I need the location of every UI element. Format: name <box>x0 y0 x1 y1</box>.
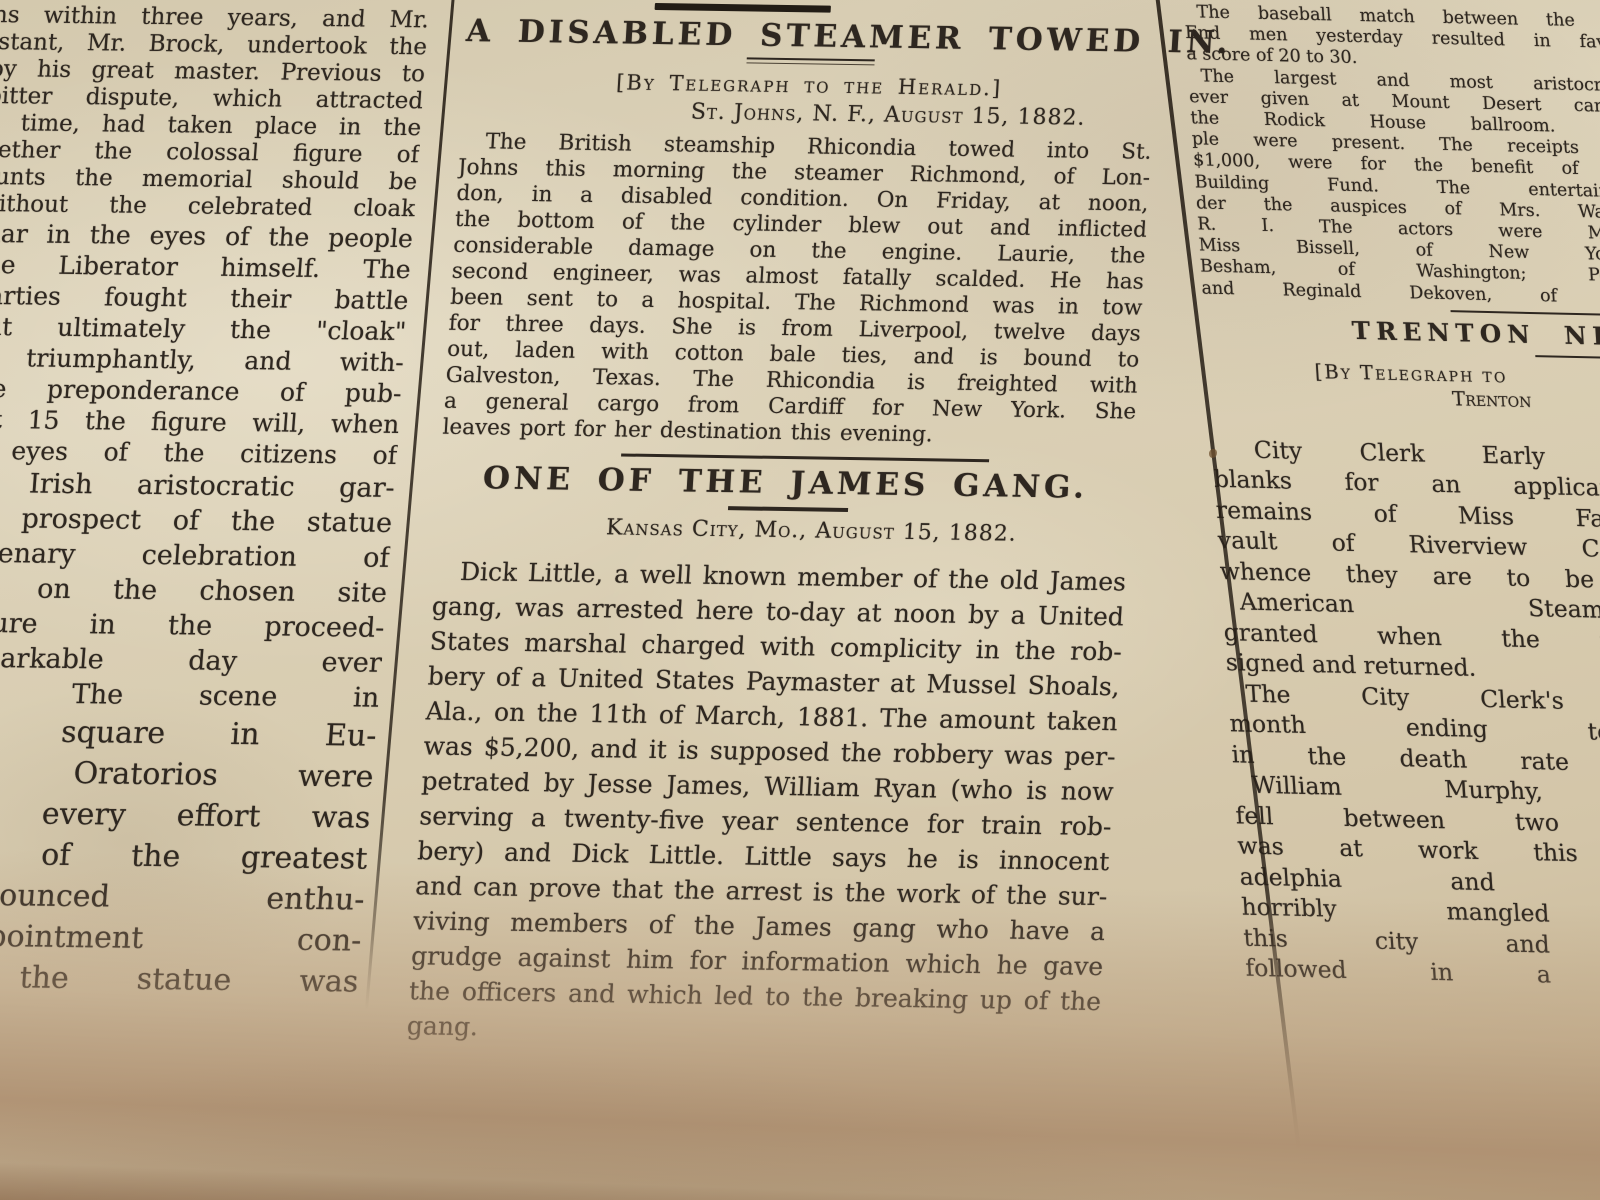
news-brevities-text: The baseball match between the BEnd men … <box>1183 2 1600 309</box>
left-article-text: ns within three years, and Mr.istant, Mr… <box>0 2 430 1003</box>
article-line: parties fought their battle <box>0 280 410 316</box>
trenton-underline-rule <box>1535 355 1600 359</box>
article-line: ble. Oratorios were <box>0 751 375 797</box>
article-line: city square in Eu- <box>0 710 378 756</box>
james-gang-dateline: Kansas City, Mo., August 15, 1882. <box>436 512 1130 551</box>
article-line: the Liberator himself. The <box>0 249 412 285</box>
article-line: ust 15 the figure will, when <box>0 404 400 440</box>
article-line: remarkable day ever <box>0 640 383 680</box>
article-line: ital. The scene in <box>0 675 381 715</box>
steamer-article-body: The British steamship Rhicondia towed in… <box>442 129 1152 452</box>
article-line: pronounced enthu- <box>0 874 366 920</box>
james-gang-headline: ONE OF THE JAMES GANG. <box>438 458 1132 509</box>
article-line: ld Irish aristocratic gar- <box>0 466 396 506</box>
article-line: iliar in the eyes of the people <box>0 218 414 254</box>
article-line: isappointment con- <box>0 915 363 961</box>
steamer-headline: A DISABLED STEAMER TOWED IN. <box>465 11 1159 62</box>
article-line: eature in the proceed- <box>0 606 386 646</box>
article-line: ary of the greatest <box>0 833 369 879</box>
article-line: t triumphantly, and with- <box>0 342 405 378</box>
article-line: of the statue was <box>0 956 360 1002</box>
article-line: the preponderance of pub- <box>0 373 403 409</box>
article-line: e eyes of the citizens of <box>0 435 398 471</box>
right-article-column: The baseball match between the BEnd men … <box>1183 2 1600 993</box>
cropped-rule-fragment <box>655 3 831 13</box>
james-gang-article-body: Dick Little, a well known member of the … <box>406 554 1127 1054</box>
trenton-headline: TRENTON NEW <box>1351 314 1600 355</box>
article-line: but ultimately the "cloak" <box>0 311 407 347</box>
headline-underline-rule <box>746 57 874 65</box>
article-line: entenary celebration of <box>0 536 391 576</box>
article-line: ted on the chosen site <box>0 571 388 611</box>
left-article-column: ns within three years, and Mr.istant, Mr… <box>0 2 430 1003</box>
article-line: no prospect of the statue <box>0 501 393 541</box>
headline-dash-rule <box>728 506 848 512</box>
center-article-column: A DISABLED STEAMER TOWED IN. [By Telegra… <box>406 0 1160 1054</box>
article-line: and every effort was <box>0 792 372 838</box>
trenton-dateline: Trenton <box>1451 387 1600 415</box>
